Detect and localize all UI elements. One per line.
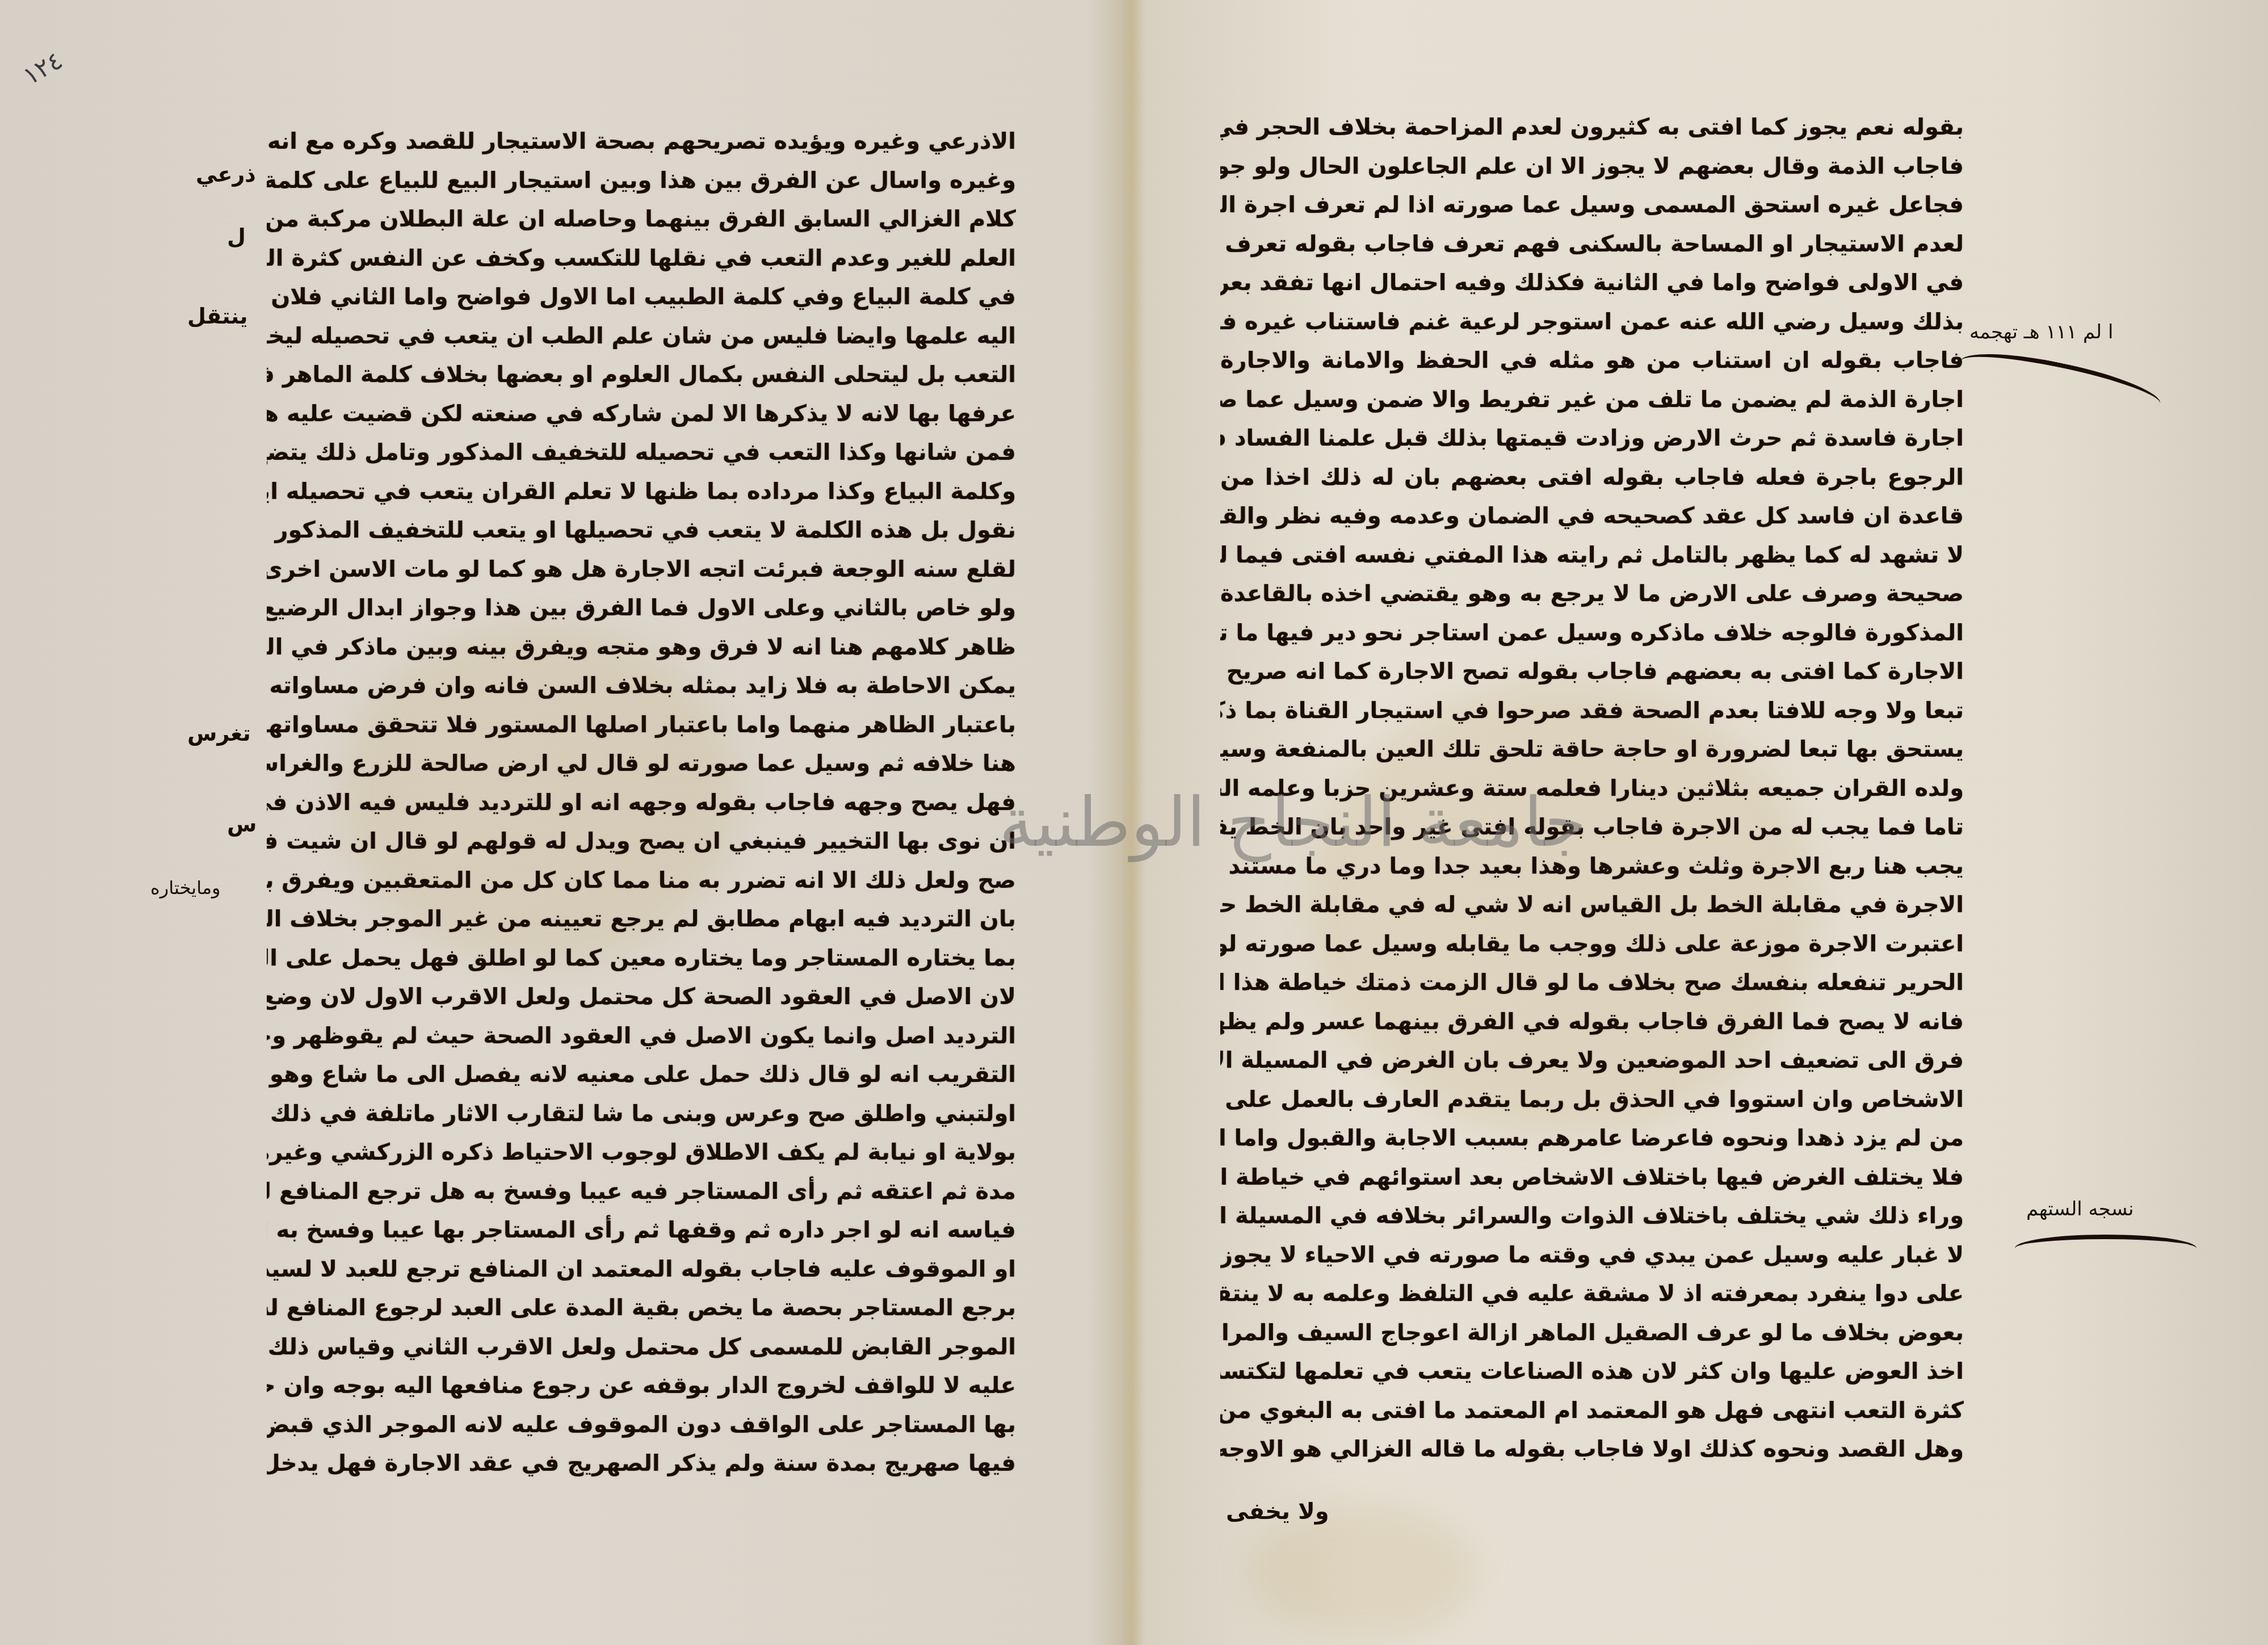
- margin-note: ينتقل: [187, 304, 248, 329]
- text-line: وغيره واسال عن الفرق بين هذا وبين استيجا…: [267, 161, 1016, 200]
- text-line: لعدم الاستيجار او المساحة بالسكنى فهم تع…: [1220, 225, 1964, 264]
- library-watermark: جامعة النجاح الوطنية: [999, 783, 1586, 862]
- margin-note: س: [227, 812, 257, 837]
- margin-note: ذرعي: [196, 162, 256, 187]
- text-line: من لم يزد ذهدا ونحوه فاعرضا عامرهم بسبب …: [1220, 1119, 1964, 1158]
- text-line: الرجوع باجرة فعله فاجاب بقوله افتى بعضهم…: [1220, 458, 1964, 497]
- text-line: نقول بل هذه الكلمة لا يتعب في تحصيلها او…: [267, 511, 1016, 550]
- text-line: فيها صهريج بمدة سنة ولم يذكر الصهريج في …: [267, 1444, 1016, 1483]
- text-line: فاجاب الذمة وقال بعضهم لا يجوز الا ان عل…: [1220, 147, 1964, 186]
- margin-note: ل: [227, 224, 246, 249]
- text-line: على دوا ينفرد بمعرفته اذ لا مشقة عليه في…: [1220, 1274, 1964, 1314]
- text-line: عرفها بها لانه لا يذكرها الا لمن شاركه ف…: [267, 395, 1016, 434]
- text-line: الترديد اصل وانما يكون الاصل في العقود ا…: [267, 1017, 1016, 1056]
- text-line: مدة ثم اعتقه ثم رأى المستاجر فيه عيبا وف…: [267, 1172, 1016, 1211]
- text-line: ولو خاص بالثاني وعلى الاول فما الفرق بين…: [267, 589, 1016, 628]
- text-line: قاعدة ان فاسد كل عقد كصحيحه في الضمان وع…: [1220, 497, 1964, 536]
- text-line: يمكن الاحاطة به فلا زايد بمثله بخلاف الس…: [267, 666, 1016, 706]
- text-line: الاجرة في مقابلة الخط بل القياس انه لا ش…: [1220, 886, 1964, 925]
- left-page-text: الاذرعي وغيره ويؤيده تصريحهم بصحة الاستي…: [267, 122, 1016, 1483]
- text-line: بقوله نعم يجوز كما افتى به كثيرون لعدم ا…: [1220, 108, 1964, 147]
- margin-note: ا لم ١١١ هـ تهجمه: [1969, 321, 2113, 343]
- text-line: وراء ذلك شي يختلف باختلاف الذوات والسرائ…: [1220, 1197, 1964, 1236]
- text-line: فمن شانها وكذا التعب في تحصيله للتخفيف ا…: [267, 433, 1016, 472]
- text-line: برجع المستاجر بحصة ما يخص بقية المدة على…: [267, 1289, 1016, 1328]
- text-line: اليه علمها وايضا فليس من شان علم الطب ان…: [267, 317, 1016, 356]
- manuscript-spread: ١٢٤ الاذرعي وغيره ويؤيده تصريحهم بصحة ال…: [0, 0, 2268, 1645]
- text-line: تبعا ولا وجه للافتا بعدم الصحة فقد صرحوا…: [1220, 691, 1964, 731]
- text-line: بها المستاجر على الواقف دون الموقوف عليه…: [267, 1405, 1016, 1445]
- text-line: اجارة فاسدة ثم حرث الارض وزادت قيمتها بذ…: [1220, 419, 1964, 458]
- left-page: ١٢٤ الاذرعي وغيره ويؤيده تصريحهم بصحة ال…: [0, 0, 1129, 1645]
- text-line: اجارة الذمة لم يضمن ما تلف من غير تفريط …: [1220, 380, 1964, 419]
- margin-note: ومايختاره: [150, 877, 221, 899]
- text-line: فياسه انه لو اجر داره ثم وقفها ثم رأى ال…: [267, 1211, 1016, 1250]
- text-line: ان نوى بها التخيير فينبغي ان يصح ويدل له…: [267, 822, 1016, 861]
- text-line: في كلمة البياع وفي كلمة الطبيب اما الاول…: [267, 278, 1016, 317]
- text-line: او الموقوف عليه فاجاب بقوله المعتمد ان ا…: [267, 1250, 1016, 1289]
- text-line: فاجاب بقوله ان استناب من هو مثله في الحف…: [1220, 341, 1964, 380]
- text-line: اولتبني واطلق صح وعرس وبنى ما شا لتقارب …: [267, 1094, 1016, 1134]
- text-line: في الاولى فواضح واما في الثانية فكذلك وف…: [1220, 263, 1964, 303]
- text-line: لقلع سنه الوجعة فبرئت اتجه الاجارة هل هو…: [267, 550, 1016, 589]
- text-line: التقريب انه لو قال ذلك حمل على معنيه لان…: [267, 1055, 1016, 1094]
- text-line: فلا يختلف الغرض فيها باختلاف الاشخاص بعد…: [1220, 1158, 1964, 1197]
- margin-pointer-line: [2015, 1235, 2196, 1262]
- text-line: بعوض بخلاف ما لو عرف الصقيل الماهر ازالة…: [1220, 1314, 1964, 1353]
- text-line: عليه لا للواقف لخروج الدار بوقفه عن رجوع…: [267, 1366, 1016, 1405]
- text-line: الاذرعي وغيره ويؤيده تصريحهم بصحة الاستي…: [267, 122, 1016, 161]
- text-line: الاشخاص وان استووا في الحذق بل ربما يتقد…: [1220, 1080, 1964, 1119]
- text-line: كلام الغزالي السابق الفرق بينهما وحاصله …: [267, 200, 1016, 239]
- margin-note: تغرس: [187, 721, 251, 746]
- text-line: باعتبار الظاهر منهما واما باعتبار اصلها …: [267, 706, 1016, 745]
- text-line: الاجارة كما افتى به بعضهم فاجاب بقوله تص…: [1220, 652, 1964, 691]
- text-line: التعب بل ليتحلى النفس بكمال العلوم او بع…: [267, 355, 1016, 395]
- text-line: لان الاصل في العقود الصحة كل محتمل ولعل …: [267, 977, 1016, 1017]
- catchword: ولا يخفى: [1226, 1499, 1329, 1525]
- text-line: المذكورة فالوجه خلاف ماذكره وسيل عمن است…: [1220, 614, 1964, 653]
- folio-number: ١٢٤: [18, 46, 68, 91]
- text-line: فهل يصح وجهه فاجاب بقوله وجهه انه او للت…: [267, 783, 1016, 822]
- margin-note: نسجه الستهم: [2026, 1198, 2133, 1220]
- text-line: وهل القصد ونحوه كذلك اولا فاجاب بقوله ما…: [1220, 1430, 1964, 1469]
- text-line: وكلمة البياع وكذا مرداده بما ظنها لا تعل…: [267, 472, 1016, 511]
- text-line: الحرير تنفعله بنفسك صح بخلاف ما لو قال ا…: [1220, 963, 1964, 1002]
- text-line: صح ولعل ذلك الا انه تضرر به منا مما كان …: [267, 861, 1016, 900]
- text-line: صحيحة وصرف على الارض ما لا يرجع به وهو ي…: [1220, 574, 1964, 614]
- text-line: فجاعل غيره استحق المسمى وسيل عما صورته ا…: [1220, 186, 1964, 225]
- text-line: العلم للغير وعدم التعب في نقلها للتكسب و…: [267, 239, 1016, 278]
- text-line: بذلك وسيل رضي الله عنه عمن استوجر لرعية …: [1220, 303, 1964, 342]
- text-line: ظاهر كلامهم هنا انه لا فرق وهو متجه ويفر…: [267, 628, 1016, 667]
- text-line: فرق الى تضعيف احد الموضعين ولا يعرف بان …: [1220, 1041, 1964, 1080]
- text-line: فانه لا يصح فما الفرق فاجاب بقوله في الف…: [1220, 1002, 1964, 1042]
- text-line: الموجر القابض للمسمى كل محتمل ولعل الاقر…: [267, 1328, 1016, 1367]
- text-line: بما يختاره المستاجر وما يختاره معين كما …: [267, 939, 1016, 978]
- text-line: بان الترديد فيه ابهام مطابق لم يرجع تعيي…: [267, 900, 1016, 939]
- margin-pointer-line: [1956, 342, 2164, 422]
- text-line: يستحق بها تبعا لضرورة او حاجة حاقة تلحق …: [1220, 730, 1964, 769]
- text-line: اعتبرت الاجرة موزعة على ذلك ووجب ما يقاب…: [1220, 925, 1964, 964]
- text-line: بولاية او نيابة لم يكف الاطلاق لوجوب الا…: [267, 1133, 1016, 1172]
- text-line: لا غبار عليه وسيل عمن يبدي في وقته ما صو…: [1220, 1236, 1964, 1275]
- text-line: اخذ العوض عليها وان كثر لان هذه الصناعات…: [1220, 1352, 1964, 1391]
- text-line: هنا خلافه ثم وسيل عما صورته لو قال لي ار…: [267, 744, 1016, 783]
- text-line: كثرة التعب انتهى فهل هو المعتمد ام المعت…: [1220, 1391, 1964, 1430]
- text-line: لا تشهد له كما يظهر بالتامل ثم رايته هذا…: [1220, 536, 1964, 575]
